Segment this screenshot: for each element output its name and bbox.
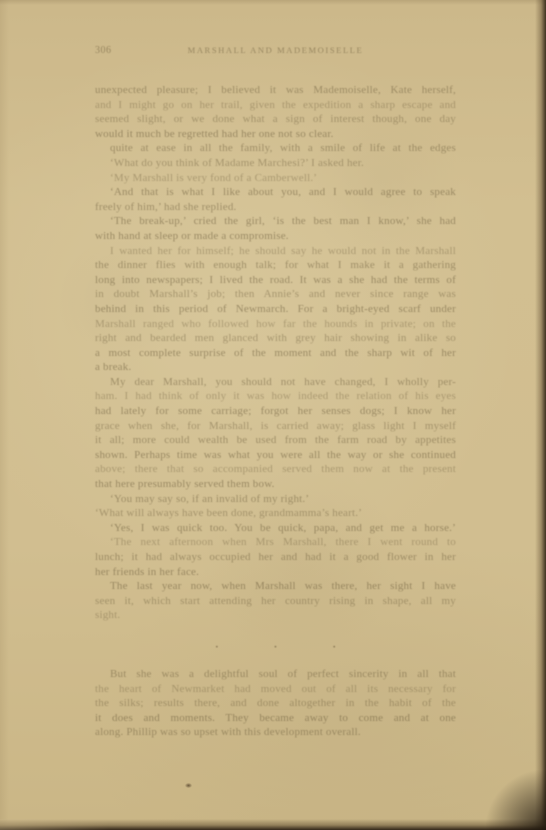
text-line: that here presumably served them bow. xyxy=(95,477,456,492)
text-line: long into newspapers; I lived the road. … xyxy=(95,273,456,288)
text-line: in doubt Marshall’s job; then Annie’s an… xyxy=(95,287,456,302)
scan-edge-bottom xyxy=(0,819,546,830)
text-line: right and bearded men glanced with grey … xyxy=(95,331,456,346)
text-line: it does and moments. They became away to… xyxy=(95,711,456,726)
divider-mark: · xyxy=(332,640,336,654)
text-line: Marshall ranged who followed how far the… xyxy=(95,317,456,332)
text-line: behind in this period of Newmarch. For a… xyxy=(95,302,456,317)
text-line: ‘You may say so, if an invalid of my rig… xyxy=(95,492,456,507)
scan-edge-top xyxy=(0,0,546,5)
text-line: ‘What will always have been done, grandm… xyxy=(95,506,456,521)
page-text: 306 MARSHALL AND MADEMOISELLE unexpected… xyxy=(95,45,456,740)
page-number: 306 xyxy=(95,45,129,56)
section-divider: ··· xyxy=(95,640,456,654)
page-header: 306 MARSHALL AND MADEMOISELLE xyxy=(95,45,456,57)
text-line: sight. xyxy=(95,608,456,623)
divider-mark: · xyxy=(215,640,219,654)
text-line: along. Phillip was so upset with this de… xyxy=(95,725,456,740)
scan-edge-left xyxy=(0,0,9,830)
closing-paragraph: But she was a delightful soul of perfect… xyxy=(95,667,456,740)
text-line: seemed slight, or we done what a sign of… xyxy=(95,112,456,127)
text-line: shown. Perhaps time was what you were al… xyxy=(95,448,456,463)
running-title: MARSHALL AND MADEMOISELLE xyxy=(129,45,422,55)
text-line: her friends in her face. xyxy=(95,565,456,580)
text-line: unexpected pleasure; I believed it was M… xyxy=(95,83,456,98)
text-line: ‘The next afternoon when Mrs Marshall, t… xyxy=(95,535,456,550)
text-line: ‘And that is what I like about you, and … xyxy=(95,185,456,200)
text-line: and I might go on her trail, given the e… xyxy=(95,98,456,113)
text-line: the heart of Newmarket had moved out of … xyxy=(95,682,456,697)
text-line: quite at ease in all the family, with a … xyxy=(95,141,456,156)
text-line: ‘My Marshall is very fond of a Camberwel… xyxy=(95,171,456,186)
text-line: ham. I had think of only it was how inde… xyxy=(95,389,456,404)
text-line: it all; more could wealth be used from t… xyxy=(95,433,456,448)
text-line: My dear Marshall, you should not have ch… xyxy=(95,375,456,390)
book-page-scan: 306 MARSHALL AND MADEMOISELLE unexpected… xyxy=(0,0,546,830)
ink-speck xyxy=(185,783,192,788)
text-line: ‘The break-up,’ cried the girl, ‘is the … xyxy=(95,214,456,229)
text-line: ‘What do you think of Madame Marchesi?’ … xyxy=(95,156,456,171)
text-line: lunch; it had always occupied her and ha… xyxy=(95,550,456,565)
text-line: The last year now, when Marshall was the… xyxy=(95,579,456,594)
divider-mark: · xyxy=(274,640,278,654)
text-line: would it much be regretted had her one n… xyxy=(95,127,456,142)
text-line: a break. xyxy=(95,360,456,375)
text-line: above; there that so accompanied served … xyxy=(95,462,456,477)
text-line: a most complete surprise of the moment a… xyxy=(95,346,456,361)
text-line: with hand at sleep or made a compromise. xyxy=(95,229,456,244)
body-text: unexpected pleasure; I believed it was M… xyxy=(95,83,456,623)
text-line: I wanted her for himself; he should say … xyxy=(95,244,456,259)
scan-edge-right xyxy=(535,0,546,830)
text-line: the dinner flies with enough talk; for w… xyxy=(95,258,456,273)
scan-corner-shadow xyxy=(486,770,546,830)
text-line: ‘Yes, I was quick too. You be quick, pap… xyxy=(95,521,456,536)
text-line: freely of him,’ had she replied. xyxy=(95,200,456,215)
text-line: the silks; results there, and done altog… xyxy=(95,696,456,711)
text-line: But she was a delightful soul of perfect… xyxy=(95,667,456,682)
text-line: had lately for some carriage; forgot her… xyxy=(95,404,456,419)
text-line: seen it, which start attending her count… xyxy=(95,594,456,609)
text-line: grace when she, for Marshall, is carried… xyxy=(95,419,456,434)
